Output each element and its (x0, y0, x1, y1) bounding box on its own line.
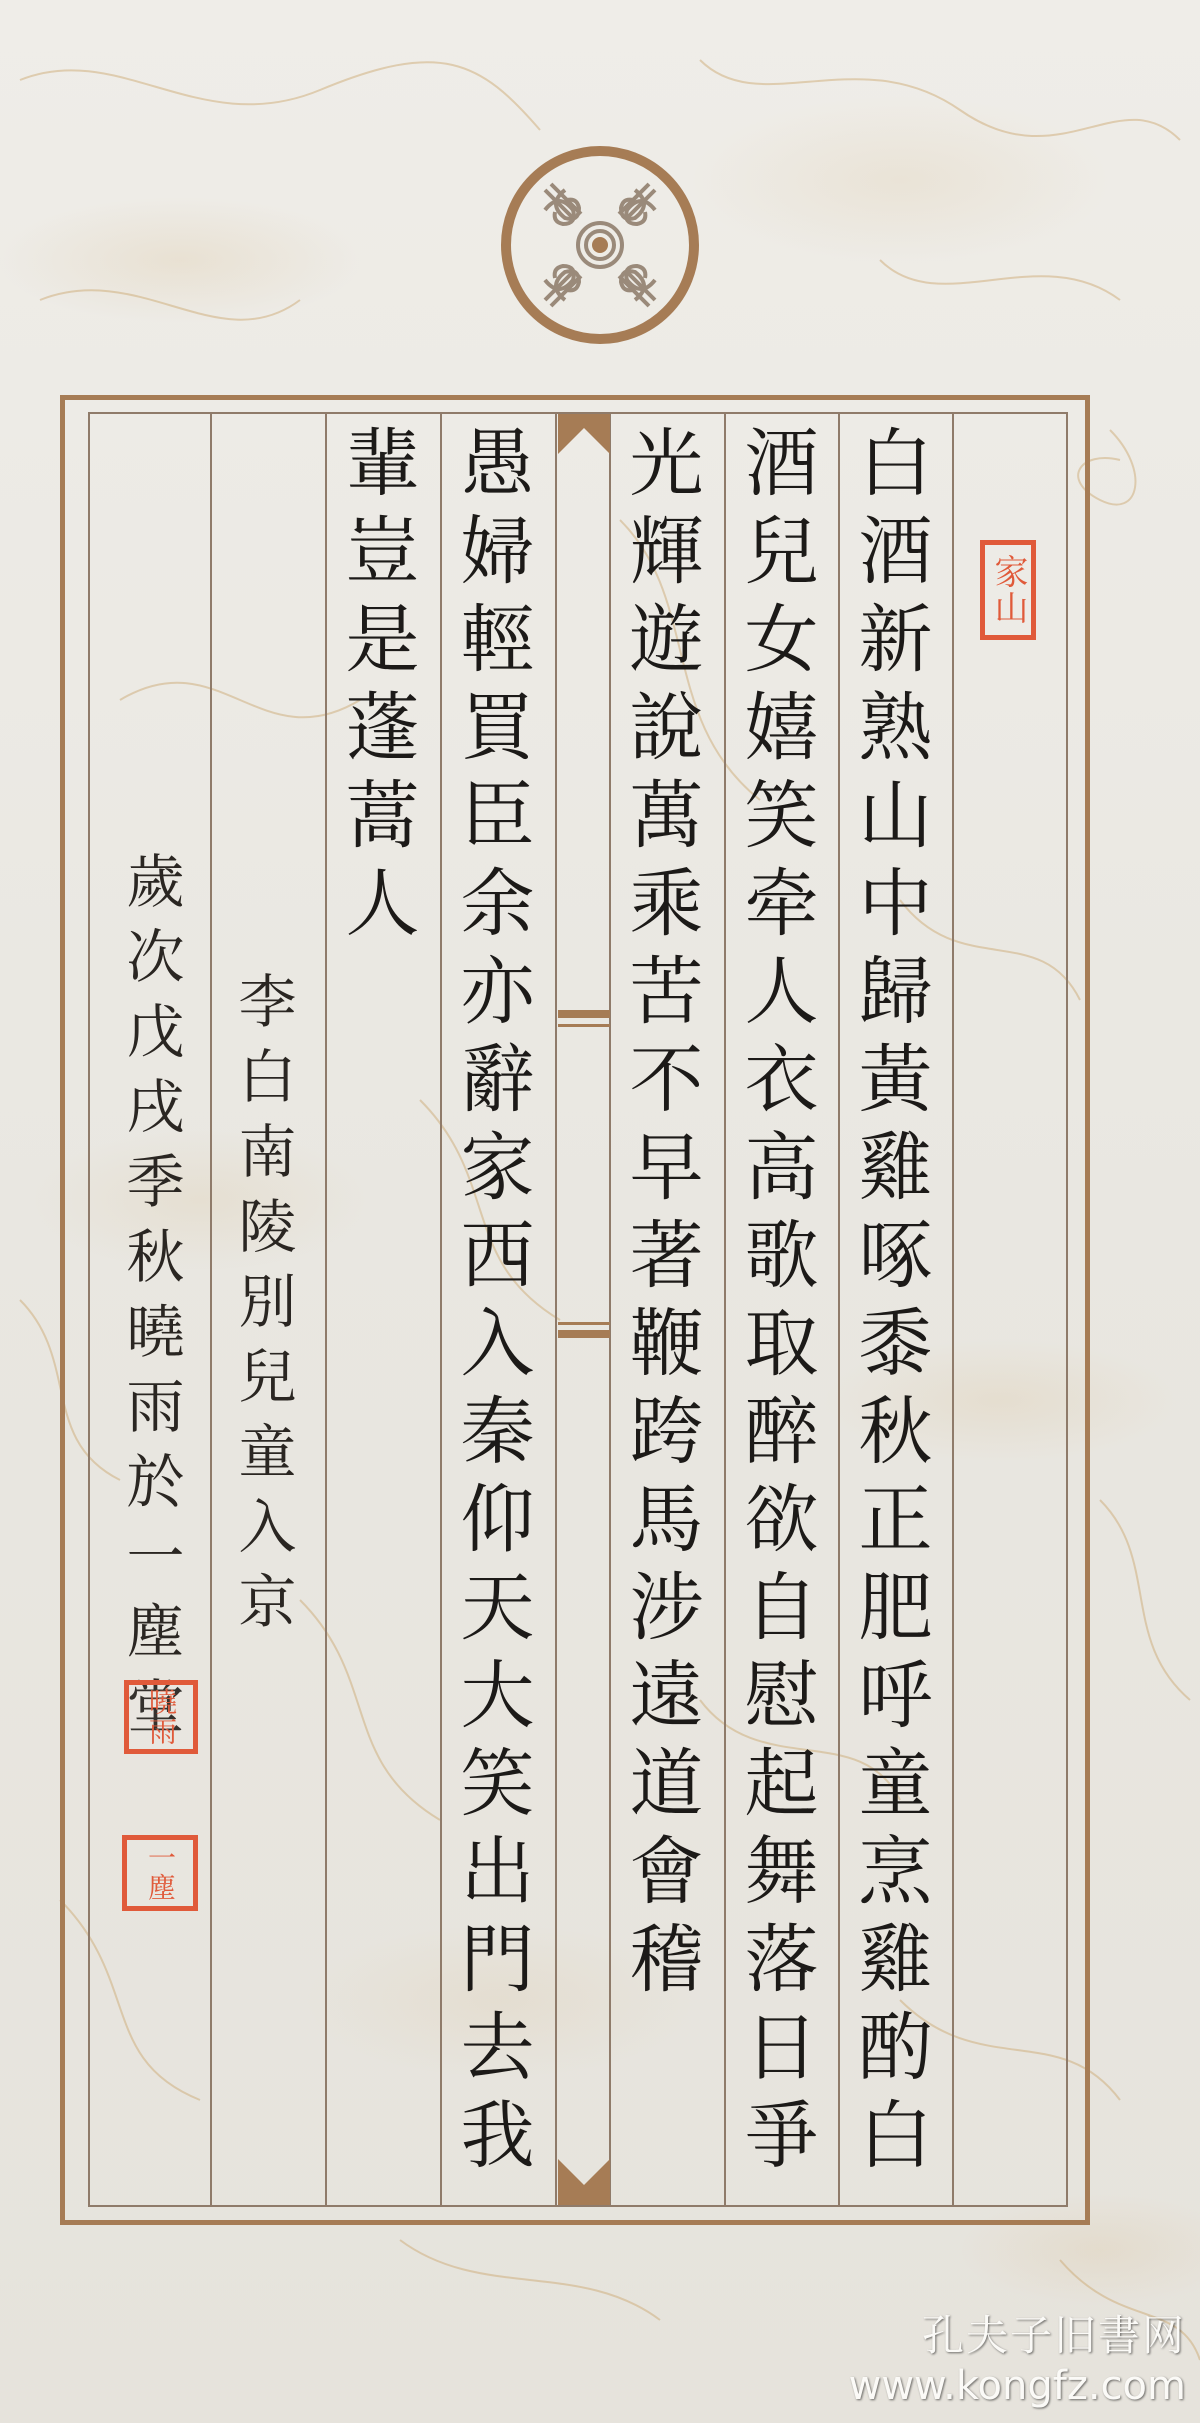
calligraphy-character: 出 (461, 1828, 535, 1916)
calligraphy-character: 次 (126, 920, 184, 995)
calligraphy-character: 跨 (630, 1388, 704, 1476)
calligraphy-character: 我 (461, 2092, 535, 2180)
calligraphy-character: 慰 (745, 1652, 819, 1740)
cloud-medallion-icon (495, 140, 705, 350)
calligraphy-character: 歲 (126, 845, 184, 920)
inscription-column: 歲次戊戌季秋曉雨於一塵堂 (98, 845, 213, 1745)
calligraphy-character: 酒 (745, 420, 819, 508)
calligraphy-character: 入 (238, 1490, 296, 1565)
calligraphy-character: 仰 (461, 1476, 535, 1564)
calligraphy-character: 嬉 (745, 684, 819, 772)
calligraphy-character: 鞭 (630, 1300, 704, 1388)
calligraphy-character: 不 (630, 1036, 704, 1124)
calligraphy-character: 雨 (126, 1370, 184, 1445)
calligraphy-character: 起 (745, 1740, 819, 1828)
calligraphy-character: 余 (461, 860, 535, 948)
text-column-5: 愚婦輕買臣余亦辭家西入秦仰天大笑出門去我 (440, 420, 555, 2180)
watermark-url: www.kongfz.com (849, 2363, 1186, 2409)
calligraphy-character: 取 (745, 1300, 819, 1388)
calligraphy-character: 萬 (630, 772, 704, 860)
calligraphy-character: 陵 (238, 1190, 296, 1265)
calligraphy-character: 秋 (859, 1388, 933, 1476)
calligraphy-character: 自 (745, 1564, 819, 1652)
calligraphy-character: 童 (238, 1415, 296, 1490)
leading-seal: 家山 (980, 540, 1036, 640)
calligraphy-character: 天 (461, 1564, 535, 1652)
calligraphy-character: 正 (859, 1476, 933, 1564)
calligraphy-character: 道 (630, 1740, 704, 1828)
text-column-2: 白酒新熟山中歸黃雞啄黍秋正肥呼童烹雞酌白 (838, 420, 953, 2180)
calligraphy-character: 黍 (859, 1300, 933, 1388)
calligraphy-character: 人 (346, 860, 420, 948)
calligraphy-character: 醉 (745, 1388, 819, 1476)
calligraphy-character: 光 (630, 420, 704, 508)
title-column: 李白南陵別兒童入京 (210, 965, 325, 1640)
calligraphy-character: 愚 (461, 420, 535, 508)
calligraphy-character: 衣 (745, 1036, 819, 1124)
text-column-3: 酒兒女嬉笑牵人衣高歌取醉欲自慰起舞落日爭 (724, 420, 839, 2180)
calligraphy-character: 稽 (630, 1916, 704, 2004)
calligraphy-character: 啄 (859, 1212, 933, 1300)
calligraphy-character: 大 (461, 1652, 535, 1740)
calligraphy-character: 爭 (745, 2092, 819, 2180)
calligraphy-character: 著 (630, 1212, 704, 1300)
calligraphy-character: 涉 (630, 1564, 704, 1652)
calligraphy-character: 笑 (461, 1740, 535, 1828)
watermark-site-name: 孔夫子旧書网 (849, 2303, 1186, 2363)
calligraphy-character: 秋 (126, 1220, 184, 1295)
calligraphy-character: 烹 (859, 1828, 933, 1916)
calligraphy-character: 歸 (859, 948, 933, 1036)
calligraphy-character: 白 (859, 2092, 933, 2180)
calligraphy-character: 白 (859, 420, 933, 508)
calligraphy-character: 入 (461, 1300, 535, 1388)
calligraphy-character: 白 (238, 1040, 296, 1115)
calligraphy-character: 南 (238, 1115, 296, 1190)
calligraphy-character: 雞 (859, 1916, 933, 2004)
calligraphy-character: 呼 (859, 1652, 933, 1740)
calligraphy-character: 落 (745, 1916, 819, 2004)
calligraphy-character: 歌 (745, 1212, 819, 1300)
calligraphy-character: 雞 (859, 1124, 933, 1212)
calligraphy-character: 兒 (238, 1340, 296, 1415)
watermark: 孔夫子旧書网 www.kongfz.com (849, 2303, 1186, 2409)
calligraphy-character: 人 (745, 948, 819, 1036)
calligraphy-character: 苦 (630, 948, 704, 1036)
calligraphy-character: 亦 (461, 948, 535, 1036)
calligraphy-character: 欲 (745, 1476, 819, 1564)
calligraphy-character: 臣 (461, 772, 535, 860)
center-ribbon-ornament (558, 414, 610, 2205)
signature-seal-2: 一塵 (122, 1835, 198, 1911)
calligraphy-character: 去 (461, 2004, 535, 2092)
calligraphy-character: 笑 (745, 772, 819, 860)
calligraphy-character: 山 (859, 772, 933, 860)
calligraphy-character: 李 (238, 965, 296, 1040)
calligraphy-character: 舞 (745, 1828, 819, 1916)
calligraphy-character: 西 (461, 1212, 535, 1300)
calligraphy-character: 新 (859, 596, 933, 684)
calligraphy-character: 家 (461, 1124, 535, 1212)
calligraphy-character: 女 (745, 596, 819, 684)
calligraphy-character: 曉 (126, 1295, 184, 1370)
calligraphy-character: 是 (346, 596, 420, 684)
signature-seal-1: 曉雨 (124, 1680, 198, 1754)
calligraphy-character: 輕 (461, 596, 535, 684)
calligraphy-character: 高 (745, 1124, 819, 1212)
calligraphy-character: 戊 (126, 995, 184, 1070)
calligraphy-character: 說 (630, 684, 704, 772)
calligraphy-character: 豈 (346, 508, 420, 596)
calligraphy-character: 輝 (630, 508, 704, 596)
calligraphy-character: 遠 (630, 1652, 704, 1740)
calligraphy-character: 一 (126, 1520, 184, 1595)
calligraphy-character: 京 (238, 1565, 296, 1640)
calligraphy-character: 戌 (126, 1070, 184, 1145)
calligraphy-character: 蒿 (346, 772, 420, 860)
calligraphy-character: 蓬 (346, 684, 420, 772)
calligraphy-character: 辭 (461, 1036, 535, 1124)
column-rule (555, 412, 557, 2207)
calligraphy-character: 酒 (859, 508, 933, 596)
calligraphy-character: 日 (745, 2004, 819, 2092)
calligraphy-character: 中 (859, 860, 933, 948)
calligraphy-character: 塵 (126, 1595, 184, 1670)
calligraphy-character: 童 (859, 1740, 933, 1828)
calligraphy-character: 輩 (346, 420, 420, 508)
calligraphy-character: 於 (126, 1445, 184, 1520)
calligraphy-character: 牵 (745, 860, 819, 948)
calligraphy-character: 會 (630, 1828, 704, 1916)
calligraphy-character: 婦 (461, 508, 535, 596)
calligraphy-character: 熟 (859, 684, 933, 772)
calligraphy-character: 馬 (630, 1476, 704, 1564)
calligraphy-character: 早 (630, 1124, 704, 1212)
text-column-4: 光輝遊說萬乘苦不早著鞭跨馬涉遠道會稽 (609, 420, 724, 2004)
calligraphy-character: 買 (461, 684, 535, 772)
calligraphy-character: 酌 (859, 2004, 933, 2092)
calligraphy-character: 別 (238, 1265, 296, 1340)
calligraphy-character: 乘 (630, 860, 704, 948)
calligraphy-character: 秦 (461, 1388, 535, 1476)
calligraphy-character: 門 (461, 1916, 535, 2004)
calligraphy-character: 遊 (630, 596, 704, 684)
calligraphy-character: 季 (126, 1145, 184, 1220)
text-column-6: 輩豈是蓬蒿人 (325, 420, 440, 948)
calligraphy-character: 兒 (745, 508, 819, 596)
calligraphy-character: 黃 (859, 1036, 933, 1124)
calligraphy-character: 肥 (859, 1564, 933, 1652)
